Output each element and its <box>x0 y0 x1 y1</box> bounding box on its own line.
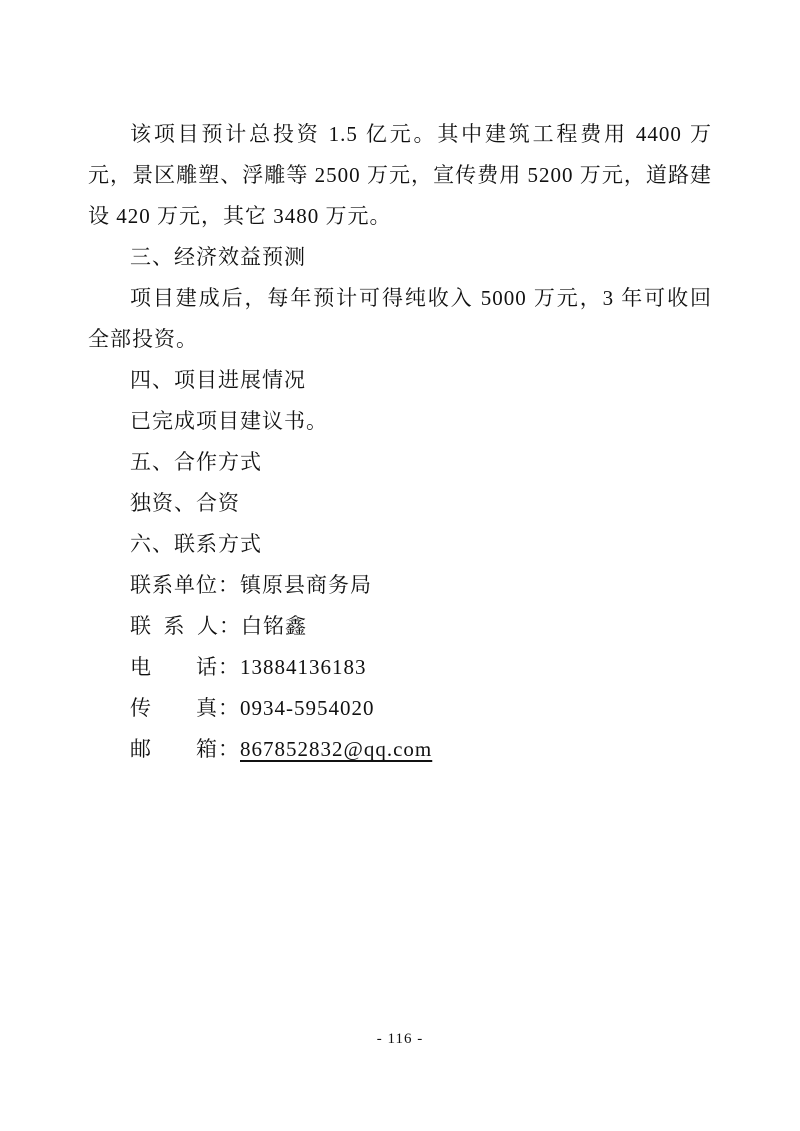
document-body: 该项目预计总投资 1.5 亿元。其中建筑工程费用 4400 万元，景区雕塑、浮雕… <box>88 114 712 770</box>
contact-phone-value: 13884136183 <box>240 655 367 679</box>
contact-person-line: 联 系 人：白铭鑫 <box>88 606 712 647</box>
contact-fax-label: 传 真： <box>130 696 240 720</box>
paragraph-income-forecast: 项目建成后，每年预计可得纯收入 5000 万元，3 年可收回全部投资。 <box>88 278 712 360</box>
contact-phone-label: 电 话： <box>130 655 240 679</box>
contact-person-value: 白铭鑫 <box>241 614 307 638</box>
contact-fax-value: 0934-5954020 <box>240 696 375 720</box>
contact-email-link[interactable]: 867852832@qq.com <box>240 737 432 761</box>
paragraph-cooperation-type: 独资、合资 <box>88 483 712 524</box>
contact-unit-label: 联系单位： <box>130 573 240 597</box>
contact-person-label: 联 系 人： <box>130 614 241 638</box>
paragraph-progress-status: 已完成项目建议书。 <box>88 401 712 442</box>
document-page: 该项目预计总投资 1.5 亿元。其中建筑工程费用 4400 万元，景区雕塑、浮雕… <box>0 0 800 1131</box>
contact-phone-line: 电 话：13884136183 <box>88 647 712 688</box>
contact-fax-line: 传 真：0934-5954020 <box>88 688 712 729</box>
heading-cooperation-mode: 五、合作方式 <box>88 442 712 483</box>
contact-unit-value: 镇原县商务局 <box>240 573 372 597</box>
contact-email-label: 邮 箱： <box>130 737 240 761</box>
heading-economic-benefit: 三、经济效益预测 <box>88 237 712 278</box>
heading-project-progress: 四、项目进展情况 <box>88 360 712 401</box>
contact-unit-line: 联系单位：镇原县商务局 <box>88 565 712 606</box>
heading-contact-info: 六、联系方式 <box>88 524 712 565</box>
contact-email-line: 邮 箱：867852832@qq.com <box>88 729 712 770</box>
paragraph-total-investment: 该项目预计总投资 1.5 亿元。其中建筑工程费用 4400 万元，景区雕塑、浮雕… <box>88 114 712 237</box>
page-number: - 116 - <box>0 1031 800 1048</box>
